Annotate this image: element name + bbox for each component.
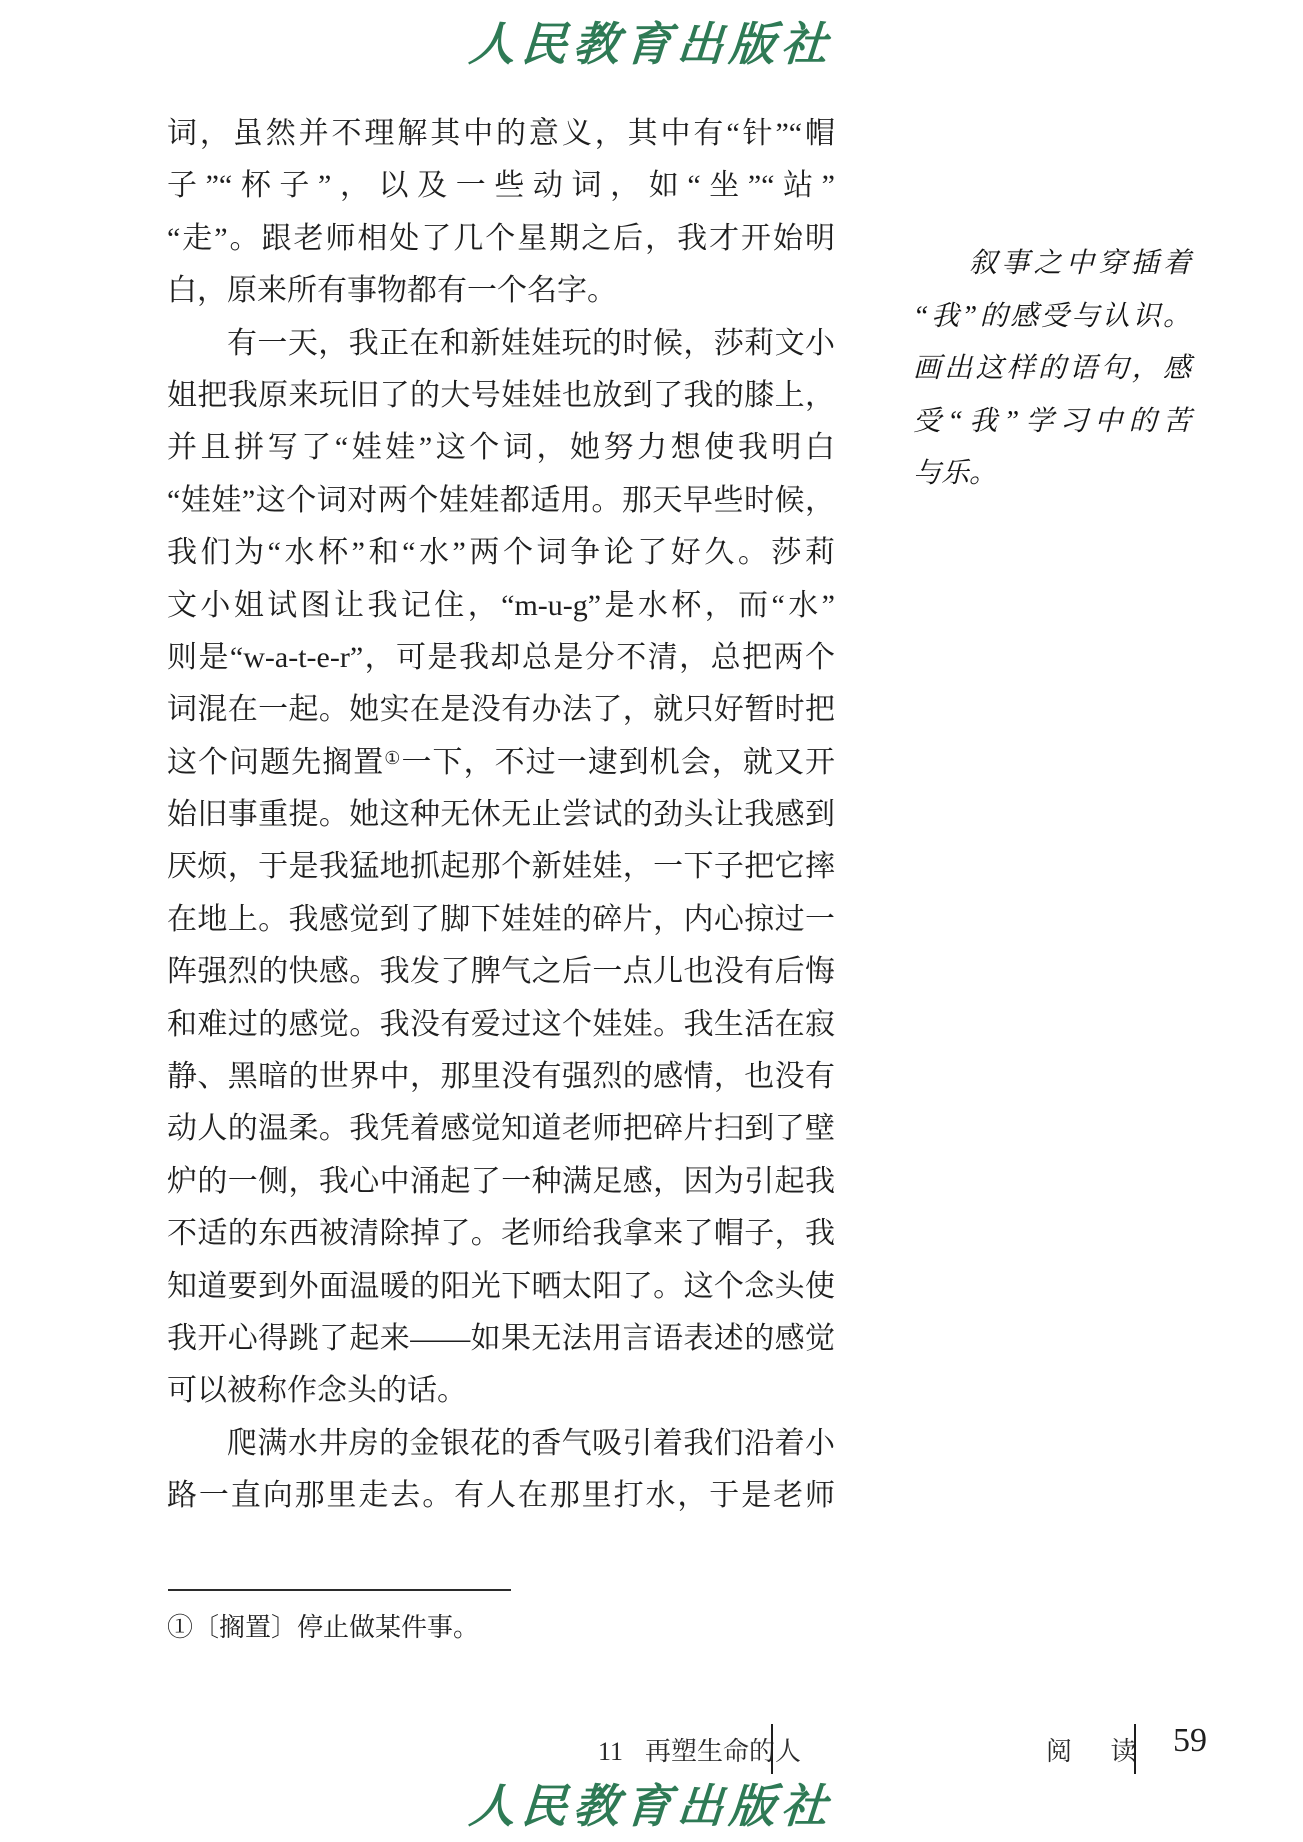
text-line: 和难过的感觉。我没有爱过这个娃娃。我生活在寂 xyxy=(167,999,835,1051)
text-line: 动人的温柔。我凭着感觉知道老师把碎片扫到了壁 xyxy=(167,1103,835,1155)
text-line: “走”。跟老师相处了几个星期之后，我才开始明 xyxy=(167,213,835,265)
text-line: 知道要到外面温暖的阳光下晒太阳了。这个念头使 xyxy=(167,1261,835,1313)
text-line: 姐把我原来玩旧了的大号娃娃也放到了我的膝上， xyxy=(167,370,835,422)
text-line: 我们为“水杯”和“水”两个词争论了好久。莎莉 xyxy=(167,527,835,579)
publisher-logo-bottom: 人民教育出版社 xyxy=(0,1770,1303,1836)
text-line: 这个问题先搁置①一下，不过一逮到机会，就又开 xyxy=(167,737,835,789)
text-line: 则是“w-a-t-e-r”，可是我却总是分不清，总把两个 xyxy=(167,632,835,684)
text-line: “娃娃”这个词对两个娃娃都适用。那天早些时候， xyxy=(167,475,835,527)
textbook-page: 人民教育出版社 词，虽然并不理解其中的意义，其中有“针”“帽子”“杯子”，以及一… xyxy=(0,0,1303,1842)
page-number: 59 xyxy=(1155,1722,1225,1760)
text-line: 阵强烈的快感。我发了脾气之后一点儿也没有后悔 xyxy=(167,946,835,998)
footer-lesson-number: 11 xyxy=(598,1737,623,1766)
text-line: 可以被称作念头的话。 xyxy=(167,1365,835,1417)
publisher-logo-top: 人民教育出版社 xyxy=(0,8,1303,74)
text-line: 爬满水井房的金银花的香气吸引着我们沿着小 xyxy=(167,1418,835,1470)
margin-note-line: 受“我”学习中的苦 xyxy=(913,396,1191,449)
footer-divider-left xyxy=(771,1724,773,1774)
text-line: 我开心得跳了起来——如果无法用言语表述的感觉 xyxy=(167,1313,835,1365)
text-line: 不适的东西被清除掉了。老师给我拿来了帽子，我 xyxy=(167,1208,835,1260)
text-line: 白，原来所有事物都有一个名字。 xyxy=(167,265,835,317)
footer-divider-right xyxy=(1134,1724,1136,1774)
text-line: 子”“杯子”，以及一些动词，如“坐”“站” xyxy=(167,160,835,212)
text-line: 有一天，我正在和新娃娃玩的时候，莎莉文小 xyxy=(167,318,835,370)
text-line: 炉的一侧，我心中涌起了一种满足感，因为引起我 xyxy=(167,1156,835,1208)
text-line: 厌烦，于是我猛地抓起那个新娃娃，一下子把它摔 xyxy=(167,841,835,893)
margin-note: 叙事之中穿插着“我”的感受与认识。画出这样的语句，感受“我”学习中的苦与乐。 xyxy=(913,238,1191,501)
text-line: 并且拼写了“娃娃”这个词，她努力想使我明白 xyxy=(167,422,835,474)
margin-note-line: 叙事之中穿插着 xyxy=(913,238,1191,291)
footnote-reference: ① xyxy=(384,748,401,768)
text-line: 在地上。我感觉到了脚下娃娃的碎片，内心掠过一 xyxy=(167,894,835,946)
text-line: 文小姐试图让我记住，“m-u-g”是水杯，而“水” xyxy=(167,580,835,632)
text-line: 词混在一起。她实在是没有办法了，就只好暂时把 xyxy=(167,684,835,736)
margin-note-line: 画出这样的语句，感 xyxy=(913,343,1191,396)
margin-note-line: “我”的感受与认识。 xyxy=(913,291,1191,344)
footnote: ①〔搁置〕停止做某件事。 xyxy=(167,1608,867,1648)
text-line: 始旧事重提。她这种无休无止尝试的劲头让我感到 xyxy=(167,789,835,841)
footnote-divider xyxy=(168,1589,511,1591)
main-text: 词，虽然并不理解其中的意义，其中有“针”“帽子”“杯子”，以及一些动词，如“坐”… xyxy=(167,108,835,1523)
margin-note-line: 与乐。 xyxy=(913,448,1191,501)
text-line: 静、黑暗的世界中，那里没有强烈的感情，也没有 xyxy=(167,1051,835,1103)
footer-lesson-title: 再塑生命的人 xyxy=(645,1737,801,1766)
footer-section-label: 阅 读 xyxy=(1046,1731,1153,1768)
text-line: 词，虽然并不理解其中的意义，其中有“针”“帽 xyxy=(167,108,835,160)
text-line: 路一直向那里走去。有人在那里打水，于是老师 xyxy=(167,1470,835,1522)
